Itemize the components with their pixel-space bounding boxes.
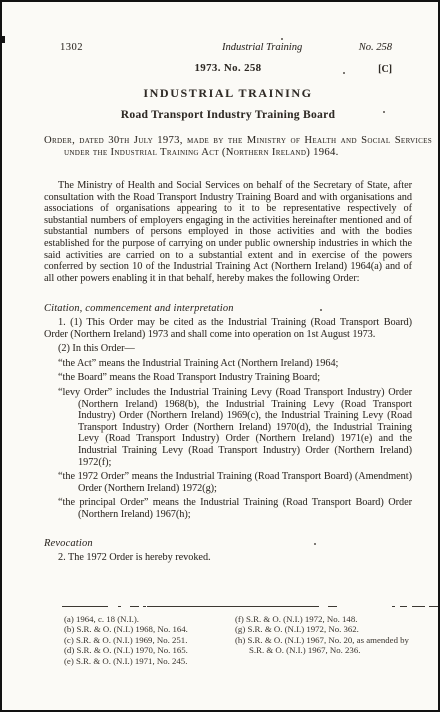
preamble-paragraph: The Ministry of Health and Social Servic…	[44, 180, 412, 284]
issue-number: No. 258	[359, 42, 392, 53]
paragraph-2: 2. The 1972 Order is hereby revoked.	[44, 552, 412, 564]
footnote-d: (d) S.R. & O. (N.I.) 1970, No. 165.	[64, 645, 236, 655]
order-caption: Order, dated 30th July 1973, made by the…	[44, 135, 432, 160]
order-number: 1973. No. 258	[44, 62, 412, 74]
board-subtitle: Road Transport Industry Training Board	[44, 109, 412, 121]
running-title: Industrial Training	[222, 42, 302, 53]
footnote-a: (a) 1964, c. 18 (N.I.).	[64, 614, 236, 624]
scan-noise-dot	[383, 111, 385, 113]
footnote-column-left: (a) 1964, c. 18 (N.I.). (b) S.R. & O. (N…	[64, 614, 236, 666]
footnote-b: (b) S.R. & O. (N.I.) 1968, No. 164.	[64, 624, 236, 634]
scan-edge-mark	[2, 36, 5, 43]
definition-levy-order: “levy Order” includes the Industrial Tra…	[44, 387, 412, 468]
footnote-h: (h) S.R. & O. (N.I.) 1967, No. 20, as am…	[235, 635, 412, 656]
footnote-g: (g) S.R. & O. (N.I.) 1972, No. 362.	[235, 624, 412, 634]
scan-noise-dot	[314, 543, 316, 545]
section-heading-citation: Citation, commencement and interpretatio…	[44, 303, 412, 314]
section-revocation: Revocation 2. The 1972 Order is hereby r…	[44, 538, 412, 564]
scan-noise-dot	[281, 38, 283, 40]
footnote-c: (c) S.R. & O. (N.I.) 1969, No. 251.	[64, 635, 236, 645]
classification-mark: [C]	[378, 64, 392, 75]
paragraph-1-2: (2) In this Order—	[44, 343, 412, 355]
paragraph-1: 1. (1) This Order may be cited as the In…	[44, 317, 412, 340]
footnote-f: (f) S.R. & O. (N.I.) 1972, No. 148.	[235, 614, 412, 624]
document-title: INDUSTRIAL TRAINING	[44, 86, 412, 101]
section-heading-revocation: Revocation	[44, 538, 412, 549]
footnote-rule	[62, 605, 412, 608]
running-head: 1302 Industrial Training No. 258	[44, 42, 412, 55]
order-number-row: 1973. No. 258 [C]	[44, 62, 412, 76]
definition-the-act: “the Act” means the Industrial Training …	[44, 358, 412, 370]
scan-noise-dot	[320, 309, 322, 311]
definition-1972-order: “the 1972 Order” means the Industrial Tr…	[44, 471, 412, 494]
scan-noise-dot	[343, 72, 345, 74]
page-number: 1302	[60, 42, 83, 53]
footnote-column-right: (f) S.R. & O. (N.I.) 1972, No. 148. (g) …	[235, 614, 412, 656]
document-page: 1302 Industrial Training No. 258 1973. N…	[0, 0, 440, 712]
section-citation: Citation, commencement and interpretatio…	[44, 303, 412, 521]
footnote-e: (e) S.R. & O. (N.I.) 1971, No. 245.	[64, 656, 236, 666]
definition-the-board: “the Board” means the Road Transport Ind…	[44, 372, 412, 384]
definition-principal-order: “the principal Order” means the Industri…	[44, 497, 412, 520]
